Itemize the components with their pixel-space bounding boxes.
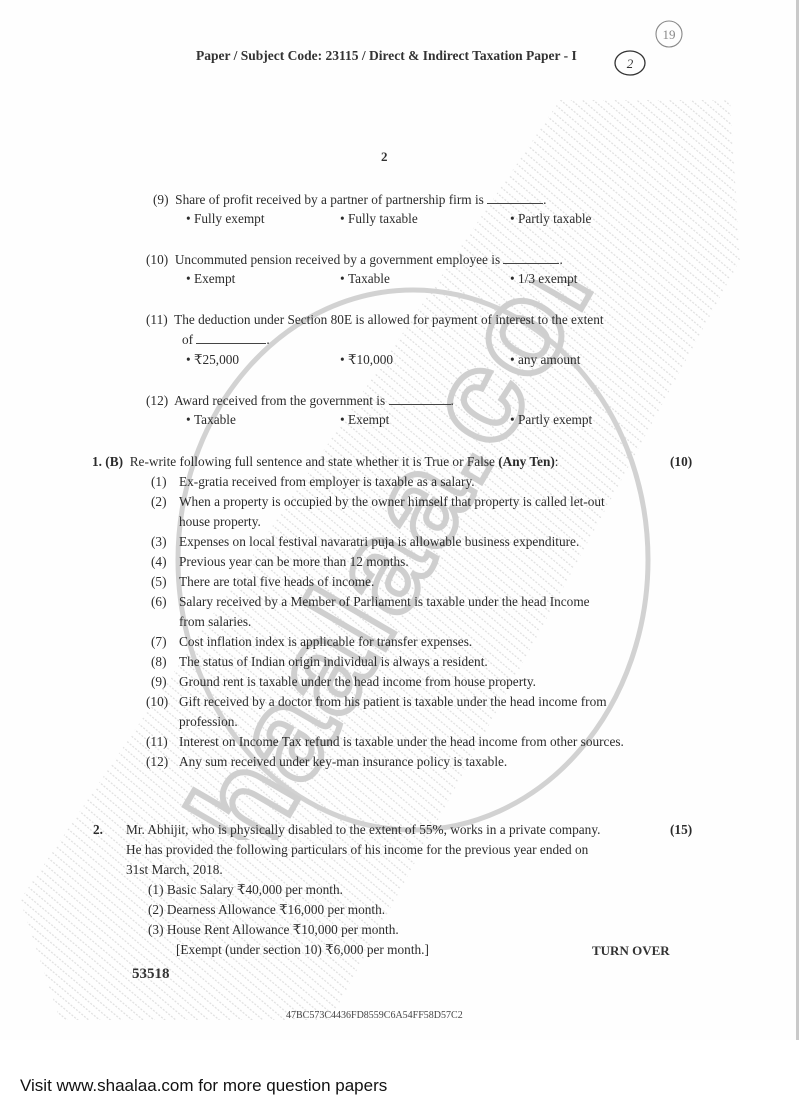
question-paper-page: shaalaa.com Paper / Subject Code: 23115 … <box>0 0 799 1040</box>
item-text: Ground rent is taxable under the head in… <box>179 674 536 690</box>
question-text: Award received from the government is <box>174 393 385 408</box>
mcq-10-option-3: • 1/3 exempt <box>510 271 577 287</box>
paper-header: Paper / Subject Code: 23115 / Direct & I… <box>196 48 577 64</box>
item-text: Gift received by a doctor from his patie… <box>179 694 607 710</box>
mcq-9-option-2: • Fully taxable <box>340 211 418 227</box>
true-false-item: (4)Previous year can be more than 12 mon… <box>151 554 167 570</box>
true-false-item: (8)The status of Indian origin individua… <box>151 654 167 670</box>
item-text: Cost inflation index is applicable for t… <box>179 634 472 650</box>
item-text: Ex-gratia received from employer is taxa… <box>179 474 475 490</box>
mcq-11-option-1: • ₹25,000 <box>186 352 239 368</box>
question-number: (11) <box>146 312 168 327</box>
mcq-9-option-3: • Partly taxable <box>510 211 591 227</box>
item-text: The status of Indian origin individual i… <box>179 654 488 670</box>
question-2-number: 2. <box>93 822 103 838</box>
turn-over-label: TURN OVER <box>592 943 670 959</box>
shaalaa-banner-link[interactable]: Visit www.shaalaa.com for more question … <box>20 1076 387 1096</box>
question-2-item-1: (1) Basic Salary ₹40,000 per month. <box>148 882 343 898</box>
true-false-item-continuation: profession. <box>179 714 238 730</box>
item-number: (11) <box>146 734 168 749</box>
handwritten-sheet-mark: 19 <box>653 18 685 50</box>
mcq-9: (9) Share of profit received by a partne… <box>153 192 547 208</box>
item-text: There are total five heads of income. <box>179 574 374 590</box>
true-false-item-continuation: from salaries. <box>179 614 251 630</box>
item-number: (3) <box>151 534 167 549</box>
section-label: 1. (B) <box>92 454 123 469</box>
mcq-12-option-1: • Taxable <box>186 412 236 428</box>
item-number: (8) <box>151 654 167 669</box>
question-2-note: [Exempt (under section 10) ₹6,000 per mo… <box>176 942 429 958</box>
true-false-item: (9)Ground rent is taxable under the head… <box>151 674 167 690</box>
answer-blank <box>503 253 559 264</box>
question-number: (10) <box>146 252 168 267</box>
page-number: 2 <box>381 149 388 165</box>
item-text: Interest on Income Tax refund is taxable… <box>179 734 624 750</box>
mcq-12-option-2: • Exempt <box>340 412 389 428</box>
mcq-10-option-1: • Exempt <box>186 271 235 287</box>
true-false-item: (12)Any sum received under key-man insur… <box>146 754 168 770</box>
section-b-marks: (10) <box>670 454 692 470</box>
mcq-11-line-2: of . <box>182 332 270 348</box>
question-text: Uncommuted pension received by a governm… <box>175 252 500 267</box>
question-2-item-2: (2) Dearness Allowance ₹16,000 per month… <box>148 902 385 918</box>
question-text: Share of profit received by a partner of… <box>175 192 484 207</box>
item-number: (5) <box>151 574 167 589</box>
true-false-item: (6)Salary received by a Member of Parlia… <box>151 594 167 610</box>
svg-text:2: 2 <box>627 56 634 71</box>
item-text: Expenses on local festival navaratri puj… <box>179 534 579 550</box>
section-instruction: Re-write following full sentence and sta… <box>130 454 495 469</box>
svg-text:19: 19 <box>663 27 676 42</box>
item-number: (7) <box>151 634 167 649</box>
item-number: (10) <box>146 694 168 709</box>
mcq-12-option-3: • Partly exempt <box>510 412 592 428</box>
item-number: (4) <box>151 554 167 569</box>
answer-blank <box>389 394 451 405</box>
mcq-11: (11) The deduction under Section 80E is … <box>146 312 604 328</box>
true-false-item: (2)When a property is occupied by the ow… <box>151 494 167 510</box>
question-number: (9) <box>153 192 169 207</box>
question-2-item-3: (3) House Rent Allowance ₹10,000 per mon… <box>148 922 399 938</box>
item-text: Previous year can be more than 12 months… <box>179 554 409 570</box>
mcq-11-option-3: • any amount <box>510 352 580 368</box>
question-2-line-3: 31st March, 2018. <box>126 862 223 878</box>
handwritten-page-mark: 2 <box>612 48 648 78</box>
question-2-line-2: He has provided the following particular… <box>126 842 588 858</box>
true-false-item: (5)There are total five heads of income. <box>151 574 167 590</box>
item-number: (6) <box>151 594 167 609</box>
true-false-item: (10)Gift received by a doctor from his p… <box>146 694 168 710</box>
answer-blank <box>487 193 543 204</box>
item-text: When a property is occupied by the owner… <box>179 494 605 510</box>
item-text: Salary received by a Member of Parliamen… <box>179 594 590 610</box>
mcq-11-option-2: • ₹10,000 <box>340 352 393 368</box>
question-number: (12) <box>146 393 168 408</box>
true-false-item: (11)Interest on Income Tax refund is tax… <box>146 734 168 750</box>
mcq-10-option-2: • Taxable <box>340 271 390 287</box>
item-text: Any sum received under key-man insurance… <box>179 754 507 770</box>
mcq-10: (10) Uncommuted pension received by a go… <box>146 252 563 268</box>
true-false-item: (1)Ex-gratia received from employer is t… <box>151 474 167 490</box>
paper-hash: 47BC573C4436FD8559C6A54FF58D57C2 <box>286 1010 463 1021</box>
question-text: The deduction under Section 80E is allow… <box>174 312 603 327</box>
true-false-item: (3)Expenses on local festival navaratri … <box>151 534 167 550</box>
true-false-item-continuation: house property. <box>179 514 261 530</box>
question-2-marks: (15) <box>670 822 692 838</box>
item-number: (1) <box>151 474 167 489</box>
paper-code: 53518 <box>132 966 170 983</box>
mcq-9-option-1: • Fully exempt <box>186 211 265 227</box>
true-false-item: (7)Cost inflation index is applicable fo… <box>151 634 167 650</box>
mcq-12: (12) Award received from the government … <box>146 393 454 409</box>
answer-blank <box>196 333 266 344</box>
item-number: (12) <box>146 754 168 769</box>
item-number: (9) <box>151 674 167 689</box>
item-number: (2) <box>151 494 167 509</box>
section-b-heading: 1. (B) Re-write following full sentence … <box>92 454 558 470</box>
question-2-line-1: Mr. Abhijit, who is physically disabled … <box>126 822 600 838</box>
